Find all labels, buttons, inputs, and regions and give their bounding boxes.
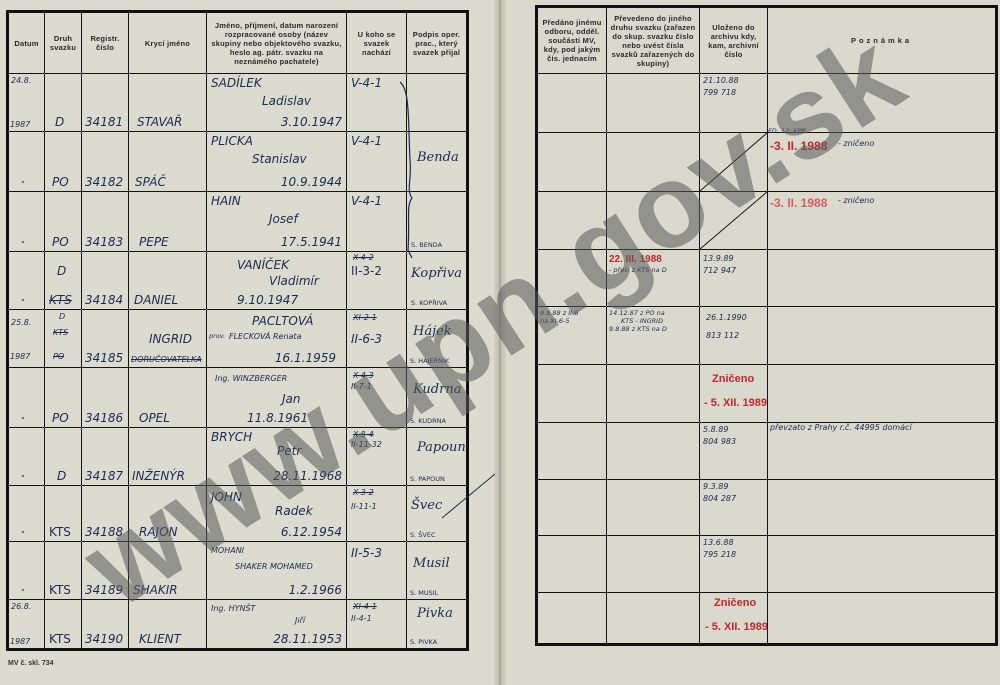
table-row: " PO 34186 OPEL Ing. WINZBERGER Jan 11.8… [8, 368, 468, 428]
cell-cover-name: OPEL [129, 368, 207, 428]
cell-cover-name: SPÁČ [129, 132, 207, 192]
header-person: Jméno, příjmení, datum narození rozpraco… [207, 12, 347, 74]
cell-converted [607, 423, 700, 480]
cell-note [768, 480, 997, 536]
cell-person: MOHANI SHAKER MOHAMED 1.2.1966 [207, 542, 347, 600]
header-row: Datum Druh svazku Registr. číslo Krycí j… [8, 12, 468, 74]
cell-converted [607, 133, 700, 192]
cell-cover-name: STAVAŘ [129, 74, 207, 132]
cell-type: PO [45, 368, 82, 428]
cell-reg-number: 34188 [82, 486, 129, 542]
cell-date: " [8, 486, 45, 542]
cell-converted [607, 536, 700, 593]
cell-date: 26.8. 1987 [8, 600, 45, 650]
cell-cover-name: INŽENÝR [129, 428, 207, 486]
header-signature: Podpis oper. prac., který svazek přijal [407, 12, 468, 74]
cell-handed-over [537, 250, 607, 307]
cell-handed-over [537, 133, 607, 192]
pen-stroke [440, 470, 500, 520]
table-row: 26.8. 1987 KTS 34190 KLIENT Ing. HYNŠT J… [8, 600, 468, 650]
cell-converted: 22. III. 1988 - přev. z KTS na D [607, 250, 700, 307]
cell-archived [700, 133, 768, 192]
cell-handed-over: 9.8.88 z II-6 na XI-6-5 [537, 307, 607, 365]
cell-type: D KTS [45, 252, 82, 310]
cell-location: X-4-2 II-3-2 [347, 252, 407, 310]
cell-archived: Zničeno - 5. XII. 1989 [700, 365, 768, 423]
header-converted: Převedeno do jiného druhu svazku (zařaze… [607, 7, 700, 74]
cell-reg-number: 34190 [82, 600, 129, 650]
cell-reg-number: 34186 [82, 368, 129, 428]
cell-cover-name: PEPE [129, 192, 207, 252]
cell-converted [607, 593, 700, 645]
cell-location: XI-2-1 II-6-3 [347, 310, 407, 368]
header-note: Poznámka [768, 7, 997, 74]
cell-handed-over [537, 365, 607, 423]
cell-date: 25.8. 1987 [8, 310, 45, 368]
table-row: FD, 12, KPP -3. II. 1988 - zničeno [537, 133, 997, 192]
bracket-mark [398, 80, 428, 260]
cell-archived: 13.9.89 712 947 [700, 250, 768, 307]
cell-note [768, 250, 997, 307]
cell-archived: 26.1.1990 813 112 [700, 307, 768, 365]
cell-signature: Pivka S. PIVKA [407, 600, 468, 650]
cell-handed-over [537, 423, 607, 480]
cell-person: VANÍČEK Vladimír 9.10.1947 [207, 252, 347, 310]
cell-handed-over [537, 74, 607, 133]
book-gutter [494, 0, 506, 685]
cell-signature: Kopřiva S. KOPŘIVA [407, 252, 468, 310]
table-row: 25.8. 1987 D KTS PO 34185 INGRID DORUČOV… [8, 310, 468, 368]
header-reg-number: Registr. číslo [82, 12, 129, 74]
cell-handed-over [537, 536, 607, 593]
cell-note: převzato z Prahy r.č. 44995 domácí [768, 423, 997, 480]
cell-type: KTS [45, 600, 82, 650]
cell-date: " [8, 542, 45, 600]
cell-handed-over [537, 480, 607, 536]
table-row: 22. III. 1988 - přev. z KTS na D 13.9.89… [537, 250, 997, 307]
cell-converted [607, 480, 700, 536]
cell-person: Ing. WINZBERGER Jan 11.8.1961 [207, 368, 347, 428]
cell-archived: 9.3.89 804 287 [700, 480, 768, 536]
cell-type: D KTS PO [45, 310, 82, 368]
header-location: U koho se svazek nachází [347, 12, 407, 74]
table-row: 5.8.89 804 983 převzato z Prahy r.č. 449… [537, 423, 997, 480]
table-row: " D 34187 INŽENÝR BRYCH Petr 28.11.1968 … [8, 428, 468, 486]
header-archived: Uloženo do archivu kdy, kam, archivní čí… [700, 7, 768, 74]
cell-type: PO [45, 192, 82, 252]
cell-reg-number: 34183 [82, 192, 129, 252]
cell-note [768, 74, 997, 133]
cell-reg-number: 34185 [82, 310, 129, 368]
table-row: Zničeno - 5. XII. 1989 [537, 365, 997, 423]
form-footer: MV č. skl. 734 [8, 660, 54, 667]
cell-note [768, 593, 997, 645]
cell-converted [607, 365, 700, 423]
cell-person: BRYCH Petr 28.11.1968 [207, 428, 347, 486]
cell-cover-name: DANIEL [129, 252, 207, 310]
table-row: 13.6.88 795 218 [537, 536, 997, 593]
cell-type: D [45, 428, 82, 486]
cell-archived [700, 192, 768, 250]
cell-handed-over [537, 192, 607, 250]
table-row: 9.8.88 z II-6 na XI-6-5 14.12.87 z PO na… [537, 307, 997, 365]
cell-note [768, 307, 997, 365]
cell-person: SADÍLEK Ladislav 3.10.1947 [207, 74, 347, 132]
cell-cover-name: RAJON [129, 486, 207, 542]
cell-reg-number: 34187 [82, 428, 129, 486]
cell-date: " [8, 428, 45, 486]
cell-reg-number: 34182 [82, 132, 129, 192]
cell-archived: 21.10.88 799 718 [700, 74, 768, 133]
cell-date: " [8, 252, 45, 310]
table-row: 9.3.89 804 287 [537, 480, 997, 536]
table-row: " D KTS 34184 DANIEL VANÍČEK Vladimír 9.… [8, 252, 468, 310]
cell-person: HAIN Josef 17.5.1941 [207, 192, 347, 252]
cell-location: X-3-2 II-11-1 [347, 486, 407, 542]
table-row: " KTS 34189 SHAKIR MOHANI SHAKER MOHAMED… [8, 542, 468, 600]
cancel-diagonal [700, 133, 767, 191]
cell-person: prov. PACLTOVÁ FLECKOVÁ Renata 16.1.1959 [207, 310, 347, 368]
header-cover-name: Krycí jméno [129, 12, 207, 74]
cell-location: II-5-3 [347, 542, 407, 600]
cell-reg-number: 34189 [82, 542, 129, 600]
cell-converted: 14.12.87 z PO na KTS - INGRID 9.8.88 z K… [607, 307, 700, 365]
cell-converted [607, 74, 700, 133]
cell-signature: Hájek S. HAJEŘNÍK [407, 310, 468, 368]
cell-archived: 5.8.89 804 983 [700, 423, 768, 480]
cell-reg-number: 34184 [82, 252, 129, 310]
cell-person: JOHN Radek 6.12.1954 [207, 486, 347, 542]
register-table-right: Předáno jinému odboru, odděl. součásti M… [535, 5, 998, 646]
cell-reg-number: 34181 [82, 74, 129, 132]
cell-note [768, 365, 997, 423]
cell-type: D [45, 74, 82, 132]
cell-cover-name: SHAKIR [129, 542, 207, 600]
cell-type: KTS [45, 542, 82, 600]
cell-cover-name: INGRID DORUČOVATELKA [129, 310, 207, 368]
cell-date: " [8, 192, 45, 252]
cell-location: X-3-4 II-11-32 [347, 428, 407, 486]
cell-note: -3. II. 1988 - zničeno [768, 192, 997, 250]
header-handed-over: Předáno jinému odboru, odděl. součásti M… [537, 7, 607, 74]
cell-archived: Zničeno - 5. XII. 1989 [700, 593, 768, 645]
cell-location: X-4-3 II-7-1 [347, 368, 407, 428]
cell-signature: Kudrna S. KUDRNA [407, 368, 468, 428]
header-row: Předáno jinému odboru, odděl. součásti M… [537, 7, 997, 74]
cell-date: " [8, 132, 45, 192]
cell-date: 24.8. 1987 [8, 74, 45, 132]
cell-person: Ing. HYNŠT Jiří 28.11.1953 [207, 600, 347, 650]
table-row: -3. II. 1988 - zničeno [537, 192, 997, 250]
cell-cover-name: KLIENT [129, 600, 207, 650]
cell-note: FD, 12, KPP -3. II. 1988 - zničeno [768, 133, 997, 192]
cell-location: XI-4-1 II-4-1 [347, 600, 407, 650]
cell-person: PLICKA Stanislav 10.9.1944 [207, 132, 347, 192]
cell-signature: Musil S. MUSIL [407, 542, 468, 600]
cell-type: PO [45, 132, 82, 192]
cell-handed-over [537, 593, 607, 645]
table-row: Zničeno - 5. XII. 1989 [537, 593, 997, 645]
cell-note [768, 536, 997, 593]
header-file-type: Druh svazku [45, 12, 82, 74]
table-row: 21.10.88 799 718 [537, 74, 997, 133]
cell-archived: 13.6.88 795 218 [700, 536, 768, 593]
cell-converted [607, 192, 700, 250]
cell-date: " [8, 368, 45, 428]
table-row: " KTS 34188 RAJON JOHN Radek 6.12.1954 X… [8, 486, 468, 542]
header-date: Datum [8, 12, 45, 74]
cell-type: KTS [45, 486, 82, 542]
cancel-diagonal [700, 192, 767, 249]
